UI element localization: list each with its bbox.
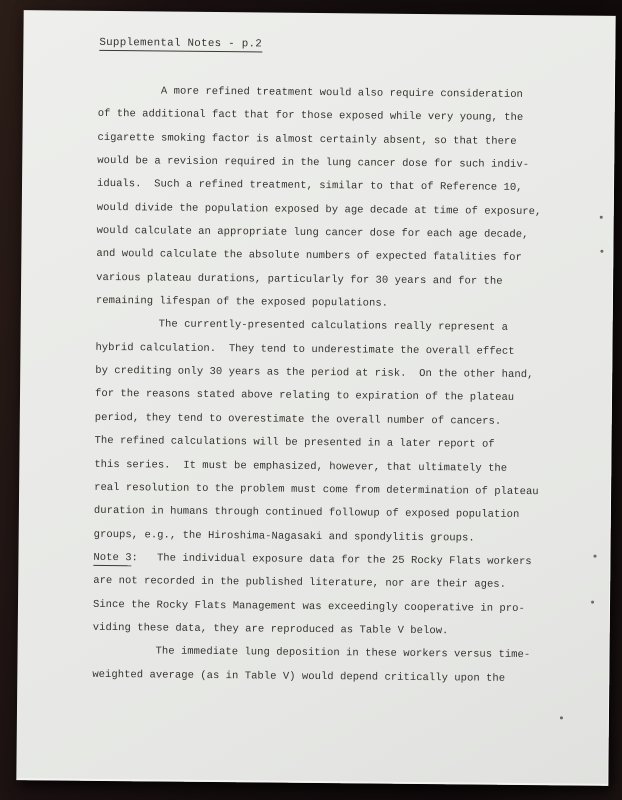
scan-speck bbox=[593, 555, 596, 558]
document-lines: A more refined treatment would also requ… bbox=[92, 80, 568, 691]
note-label: Note 3 bbox=[93, 552, 131, 566]
text-line: weighted average (as in Table V) would d… bbox=[92, 663, 562, 691]
scan-speck bbox=[600, 250, 603, 253]
scan-speck bbox=[600, 216, 603, 219]
page-title: Supplemental Notes - p.2 bbox=[99, 37, 262, 53]
scan-speck bbox=[560, 716, 563, 719]
document-page: Supplemental Notes - p.2 A more refined … bbox=[16, 10, 615, 786]
scan-background: Supplemental Notes - p.2 A more refined … bbox=[0, 0, 622, 800]
scan-speck bbox=[591, 601, 594, 604]
